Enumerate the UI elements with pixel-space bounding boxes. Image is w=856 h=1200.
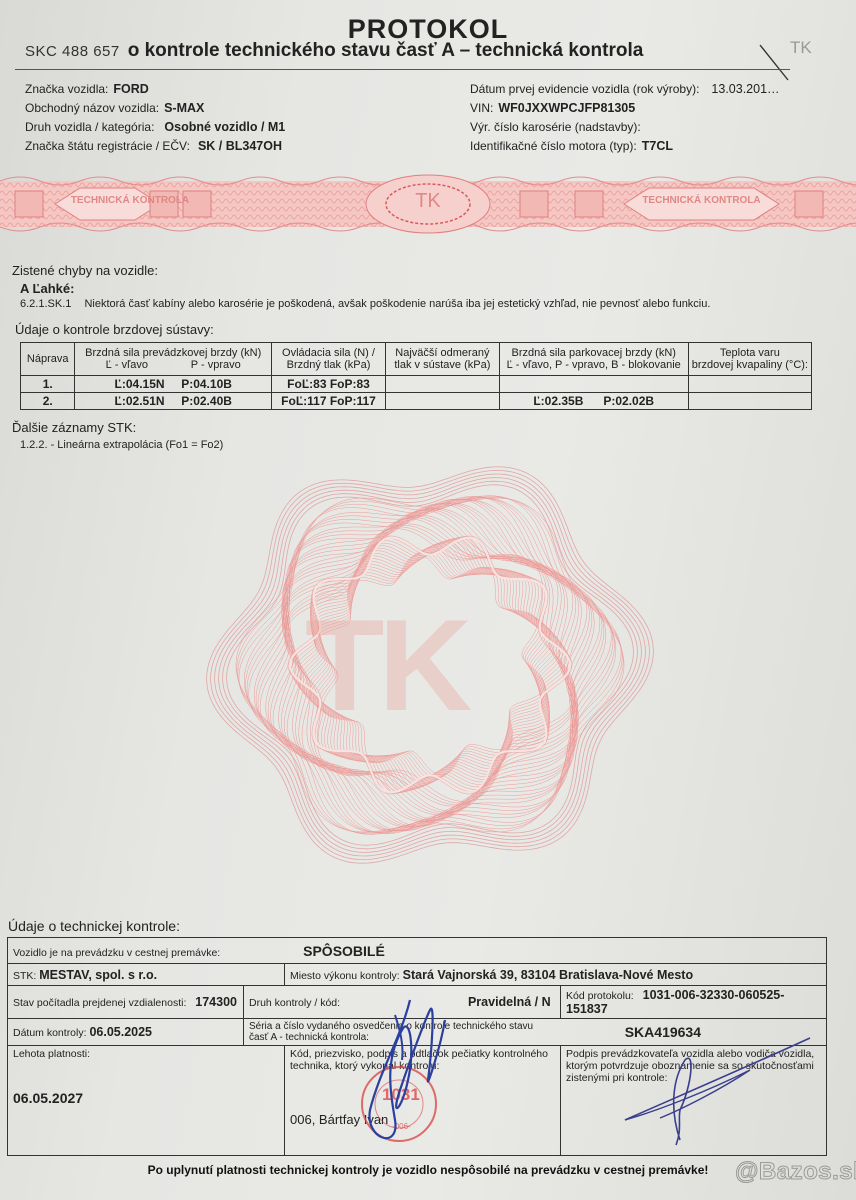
rosette-tk-text: TK [305,590,466,740]
odometer-cell: Stav počítadla prejdenej vzdialenosti: 1… [8,986,244,1019]
inspection-date-cell: Dátum kontroly: 06.05.2025 [8,1019,244,1046]
stamp-number: 1031 [382,1085,420,1105]
inspection-type-cell: Druh kontroly / kód: Pravidelná / N [244,986,561,1019]
stamp-sub: -006- [392,1122,411,1131]
certificate-number: SKA419634 [625,1024,701,1040]
cell-max-pressure [386,376,500,393]
col-parking-brake: Brzdná sila parkovacej brzdy (kN)Ľ - vľa… [499,343,688,376]
stk-cell: STK: MESTAV, spol. s r.o. [8,964,285,986]
cell-max-pressure [386,393,500,410]
field-engine: Identifikačné číslo motora (typ):T7CL [470,139,673,153]
cell-boiling-point [688,393,811,410]
band-text-right: TECHNICKÁ KONTROLA [624,195,779,206]
band-text-left: TECHNICKÁ KONTROLA [55,195,205,206]
inspection-heading: Údaje o technickej kontrole: [8,918,180,934]
col-max-pressure: Najväčší odmeranýtlak v sústave (kPa) [386,343,500,376]
cell-service-brake: Ľ:02.51N P:02.40B [75,393,272,410]
field-brand: Značka vozidla:FORD [25,82,149,96]
cell-axle: 2. [21,393,75,410]
col-boiling-point: Teplota varubrzdovej kvapaliny (°C): [688,343,811,376]
certificate-cell: Séria a číslo vydaného osvedčenia o kont… [244,1019,827,1046]
col-axle: Náprava [21,343,75,376]
table-row: 1. Ľ:04.15N P:04.10B FoĽ:83 FoP:83 [21,376,812,393]
pen-stroke [755,40,795,85]
roadworthy-row: Vozidlo je na prevádzku v cestnej premáv… [8,938,827,964]
place-cell: Miesto výkonu kontroly: Stará Vajnorská … [285,964,827,986]
field-plate: Značka štátu registrácie / EČV:SK / BL34… [25,139,282,153]
protocol-code-cell: Kód protokolu: 1031-006-32330-060525-151… [561,986,827,1019]
subtitle-text: o kontrole technického stavu časť A – te… [128,40,644,61]
cell-service-brake: Ľ:04.15N P:04.10B [75,376,272,393]
corner-mark: TK [790,38,812,58]
brake-table: Náprava Brzdná sila prevádzkovej brzdy (… [20,342,812,410]
validity-date: 06.05.2027 [13,1090,279,1106]
cell-axle: 1. [21,376,75,393]
defects-heading: Zistené chyby na vozidle: [12,263,158,278]
table-row: 2. Ľ:02.51N P:02.40B FoĽ:117 FoP:117 Ľ:0… [21,393,812,410]
field-vin: VIN:WF0JXXWPCJFP81305 [470,101,635,115]
series-code: SKC 488 657 [25,43,120,60]
field-model: Obchodný názov vozidla:S-MAX [25,101,204,115]
header-divider [15,69,790,70]
cell-control-force: FoĽ:83 FoP:83 [271,376,385,393]
document-subtitle: SKC 488 657o kontrole technického stavu … [25,40,643,62]
other-records-heading: Ďalšie záznamy STK: [12,420,136,435]
col-service-brake: Brzdná sila prevádzkovej brzdy (kN)Ľ - v… [75,343,272,376]
defect-item: 6.2.1.SK.1 Niektorá časť kabíny alebo ka… [20,298,710,310]
cell-boiling-point [688,376,811,393]
field-body-number: Výr. číslo karosérie (nadstavby): [470,120,646,134]
cell-control-force: FoĽ:117 FoP:117 [271,393,385,410]
field-first-registration: Dátum prvej evidencie vozidla (rok výrob… [470,82,780,96]
brake-table-header: Náprava Brzdná sila prevádzkovej brzdy (… [21,343,812,376]
field-category: Druh vozidla / kategória:Osobné vozidlo … [25,120,285,134]
band-tk-emblem: TK [400,190,456,213]
brakes-heading: Údaje o kontrole brzdovej sústavy: [15,322,214,337]
validity-cell: Lehota platnosti: 06.05.2027 [8,1046,285,1156]
bazos-watermark: @Bazos.sk [735,1158,856,1186]
col-control-force: Ovládacia sila (N) /Brzdný tlak (kPa) [271,343,385,376]
technician-cell: Kód, priezvisko, podpis a odtlačok pečia… [285,1046,561,1156]
technician-name: 006, Bártfay Ivan [290,1112,555,1127]
cell-parking-brake: Ľ:02.35B P:02.02B [499,393,688,410]
defect-text: Niektorá časť kabíny alebo karosérie je … [84,298,710,310]
operator-signature-cell: Podpis prevádzkovateľa vozidla alebo vod… [561,1046,827,1156]
defect-code: 6.2.1.SK.1 [20,298,71,310]
defect-category: A Ľahké: [20,281,74,296]
inspection-table: Vozidlo je na prevádzku v cestnej premáv… [7,937,827,1156]
roadworthy-status: SPÔSOBILÉ [303,943,385,959]
cell-parking-brake [499,376,688,393]
validity-notice: Po uplynutí platnosti technickej kontrol… [0,1163,856,1177]
